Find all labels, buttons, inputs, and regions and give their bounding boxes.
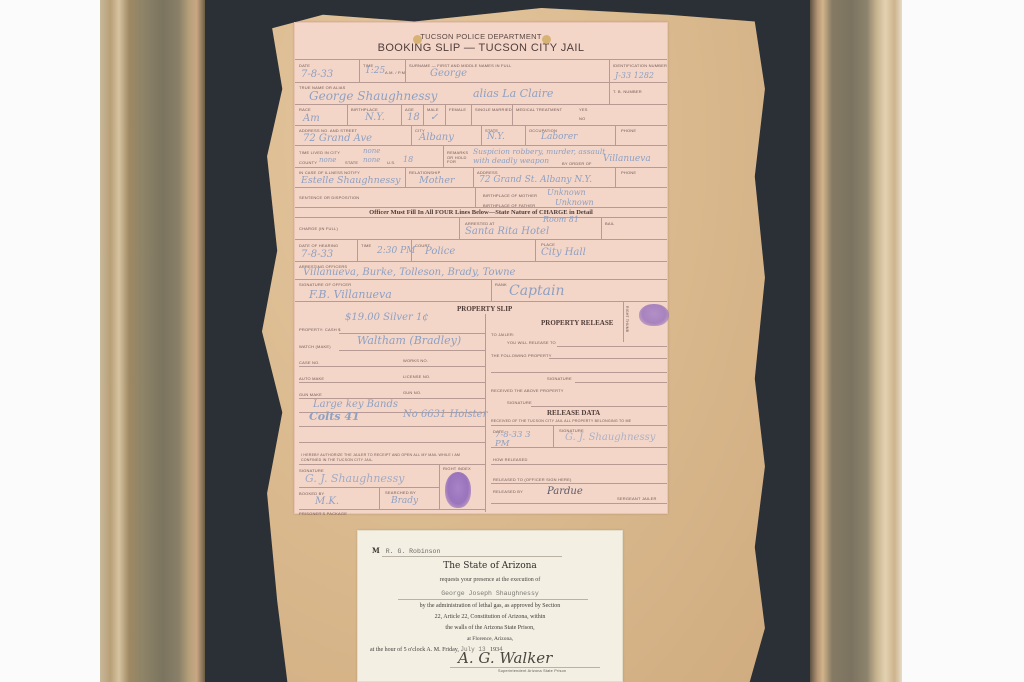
recipient-name: R. G. Robinson	[386, 548, 441, 555]
id-number-value: J-33 1282	[615, 71, 654, 80]
right-thumb-print	[639, 304, 669, 326]
request-line: requests your presence at the execution …	[358, 577, 622, 583]
charge-instruction: Officer Must Fill In All FOUR Lines Belo…	[295, 209, 667, 216]
row-race-age: RACE Am BIRTHPLACE N.Y. AGE 18 MALE ✓ FE…	[295, 104, 667, 125]
recipient-line: MR. G. Robinson	[372, 546, 440, 555]
right-index-fingerprint	[445, 472, 471, 508]
surname-value: George	[430, 68, 467, 79]
picture-frame-right-edge	[810, 0, 902, 682]
row-charge: CHARGE (IN FULL) ARRESTED AT Santa Rita …	[295, 217, 667, 239]
row-sentence: SENTENCE OR DISPOSITION BIRTHPLACE OF MO…	[295, 187, 667, 207]
row-residence-remarks: TIME LIVED IN CITY none COUNTY none STAT…	[295, 145, 667, 167]
date-value: 7-8-33	[301, 69, 333, 80]
booking-slip: TUCSON POLICE DEPARTMENT BOOKING SLIP — …	[294, 22, 668, 514]
row-arresting-officers: ARRESTING OFFICERS Villanueva, Burke, To…	[295, 261, 667, 279]
alias-value: alias La Claire	[473, 87, 553, 100]
row-true-name: TRUE NAME OR ALIAS George Shaughnessy al…	[295, 82, 667, 104]
row-address: ADDRESS NO. AND STREET 72 Grand Ave CITY…	[295, 125, 667, 145]
department-heading: TUCSON POLICE DEPARTMENT	[295, 32, 667, 41]
row-notify: IN CASE OF ILLNESS NOTIFY Estelle Shaugh…	[295, 167, 667, 187]
time-value: 1:25	[365, 66, 385, 76]
warden-signature: A. G. Walker	[458, 649, 552, 667]
picture-frame-left-edge	[100, 0, 205, 682]
row-officer-signature: SIGNATURE OF OFFICER F.B. Villanueva RAN…	[295, 279, 667, 301]
property-section: PROPERTY SLIP RIGHT THUMB PROPERTY: CASH…	[295, 301, 667, 515]
condemned-name: George Joseph Shaughnessy	[358, 590, 622, 597]
row-date-name: DATE 7-8-33 TIME 1:25 A.M. / P.M. SURNAM…	[295, 59, 667, 82]
punch-hole	[413, 35, 422, 44]
card-title: The State of Arizona	[358, 561, 622, 571]
slip-title: BOOKING SLIP — TUCSON CITY JAIL	[295, 42, 667, 54]
execution-invitation-card: MR. G. Robinson The State of Arizona req…	[357, 530, 623, 682]
row-hearing: DATE OF HEARING 7-8-33 TIME 2:30 PM COUR…	[295, 239, 667, 261]
arrested-at-value: Santa Rita Hotel	[465, 226, 549, 237]
punch-hole	[542, 35, 551, 44]
watch-value: Waltham (Bradley)	[357, 334, 461, 347]
remarks-value: Suspicion robbery, murder, assault with …	[473, 147, 613, 165]
true-name-value: George Shaughnessy	[309, 89, 437, 103]
cash-value: $19.00 Silver 1¢	[345, 312, 429, 323]
